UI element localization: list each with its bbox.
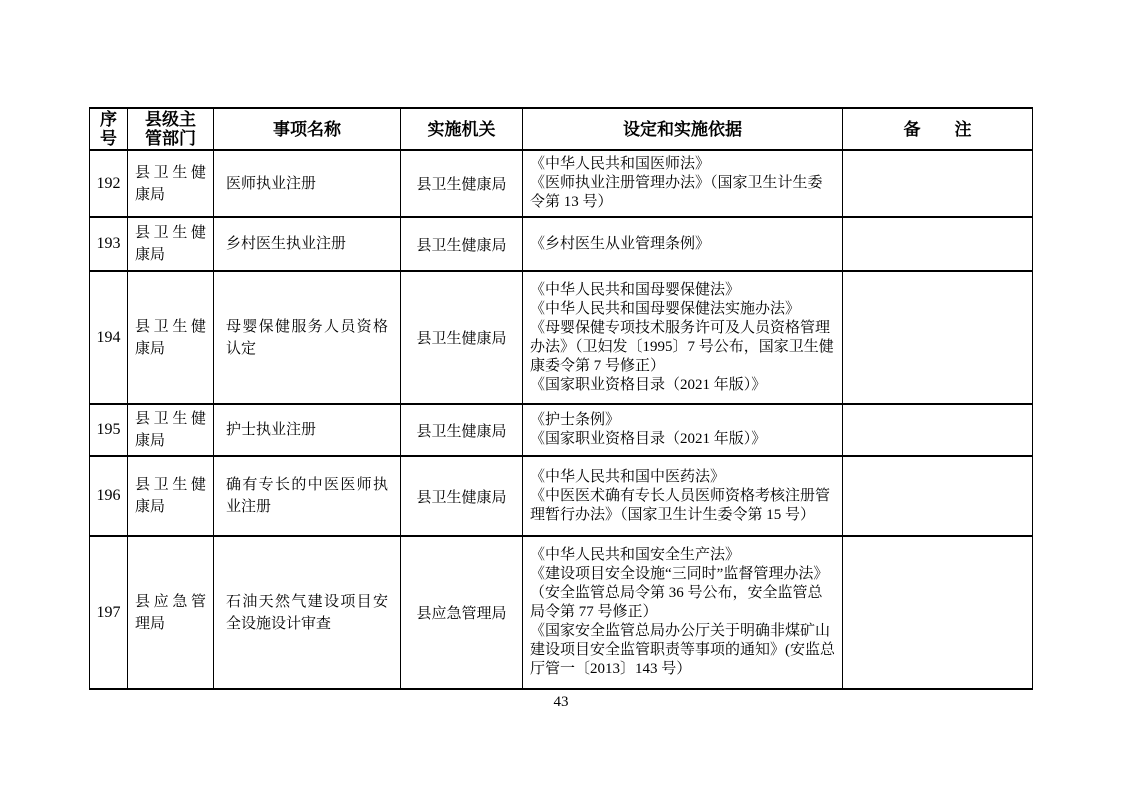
table-header: 序 号 县级主 管部门 事项名称 实施机关 设定和实施依据 备 注: [90, 108, 1033, 150]
dept-cell: 县卫生健康局: [128, 150, 214, 217]
basis-cell: 《中华人民共和国母婴保健法》 《中华人民共和国母婴保健法实施办法》 《母婴保健专…: [523, 271, 843, 404]
dept-cell: 县卫生健康局: [128, 404, 214, 456]
agency-cell: 县卫生健康局: [401, 150, 523, 217]
row-index-cell: 195: [90, 404, 128, 456]
item-name-cell: 乡村医生执业注册: [214, 217, 401, 271]
row-index-cell: 192: [90, 150, 128, 217]
item-name-cell: 确有专长的中医医师执业注册: [214, 456, 401, 536]
dept-cell: 县卫生健康局: [128, 456, 214, 536]
header-agency: 实施机关: [401, 108, 523, 150]
table-row: 194 县卫生健康局 母婴保健服务人员资格认定 县卫生健康局 《中华人民共和国母…: [90, 271, 1033, 404]
agency-cell: 县卫生健康局: [401, 456, 523, 536]
agency-cell: 县卫生健康局: [401, 404, 523, 456]
table-row: 193 县卫生健康局 乡村医生执业注册 县卫生健康局 《乡村医生从业管理条例》: [90, 217, 1033, 271]
dept-cell: 县卫生健康局: [128, 271, 214, 404]
dept-cell: 县应急管理局: [128, 536, 214, 689]
item-name-cell: 护士执业注册: [214, 404, 401, 456]
item-name-cell: 医师执业注册: [214, 150, 401, 217]
page-number: 43: [0, 694, 1122, 711]
row-index-cell: 197: [90, 536, 128, 689]
basis-cell: 《中华人民共和国安全生产法》 《建设项目安全设施“三同时”监督管理办法》（安全监…: [523, 536, 843, 689]
agency-cell: 县卫生健康局: [401, 217, 523, 271]
remarks-cell: [843, 217, 1033, 271]
header-row: 序 号 县级主 管部门 事项名称 实施机关 设定和实施依据 备 注: [90, 108, 1033, 150]
agency-cell: 县卫生健康局: [401, 271, 523, 404]
table-row: 195 县卫生健康局 护士执业注册 县卫生健康局 《护士条例》 《国家职业资格目…: [90, 404, 1033, 456]
document-page: 序 号 县级主 管部门 事项名称 实施机关 设定和实施依据 备 注 192 县卫…: [0, 0, 1122, 793]
item-name-cell: 石油天然气建设项目安全设施设计审查: [214, 536, 401, 689]
agency-cell: 县应急管理局: [401, 536, 523, 689]
approval-items-table: 序 号 县级主 管部门 事项名称 实施机关 设定和实施依据 备 注 192 县卫…: [89, 107, 1033, 690]
table-row: 196 县卫生健康局 确有专长的中医医师执业注册 县卫生健康局 《中华人民共和国…: [90, 456, 1033, 536]
table-row: 192 县卫生健康局 医师执业注册 县卫生健康局 《中华人民共和国医师法》 《医…: [90, 150, 1033, 217]
header-dept: 县级主 管部门: [128, 108, 214, 150]
remarks-cell: [843, 150, 1033, 217]
basis-cell: 《中华人民共和国医师法》 《医师执业注册管理办法》（国家卫生计生委令第 13 号…: [523, 150, 843, 217]
header-basis: 设定和实施依据: [523, 108, 843, 150]
basis-cell: 《中华人民共和国中医药法》 《中医医术确有专长人员医师资格考核注册管理暂行办法》…: [523, 456, 843, 536]
header-index: 序 号: [90, 108, 128, 150]
remarks-cell: [843, 536, 1033, 689]
table-body: 192 县卫生健康局 医师执业注册 县卫生健康局 《中华人民共和国医师法》 《医…: [90, 150, 1033, 689]
row-index-cell: 193: [90, 217, 128, 271]
item-name-cell: 母婴保健服务人员资格认定: [214, 271, 401, 404]
header-item: 事项名称: [214, 108, 401, 150]
remarks-cell: [843, 271, 1033, 404]
dept-cell: 县卫生健康局: [128, 217, 214, 271]
row-index-cell: 194: [90, 271, 128, 404]
header-remarks: 备 注: [843, 108, 1033, 150]
basis-cell: 《乡村医生从业管理条例》: [523, 217, 843, 271]
row-index-cell: 196: [90, 456, 128, 536]
remarks-cell: [843, 456, 1033, 536]
remarks-cell: [843, 404, 1033, 456]
table-row: 197 县应急管理局 石油天然气建设项目安全设施设计审查 县应急管理局 《中华人…: [90, 536, 1033, 689]
basis-cell: 《护士条例》 《国家职业资格目录（2021 年版）》: [523, 404, 843, 456]
